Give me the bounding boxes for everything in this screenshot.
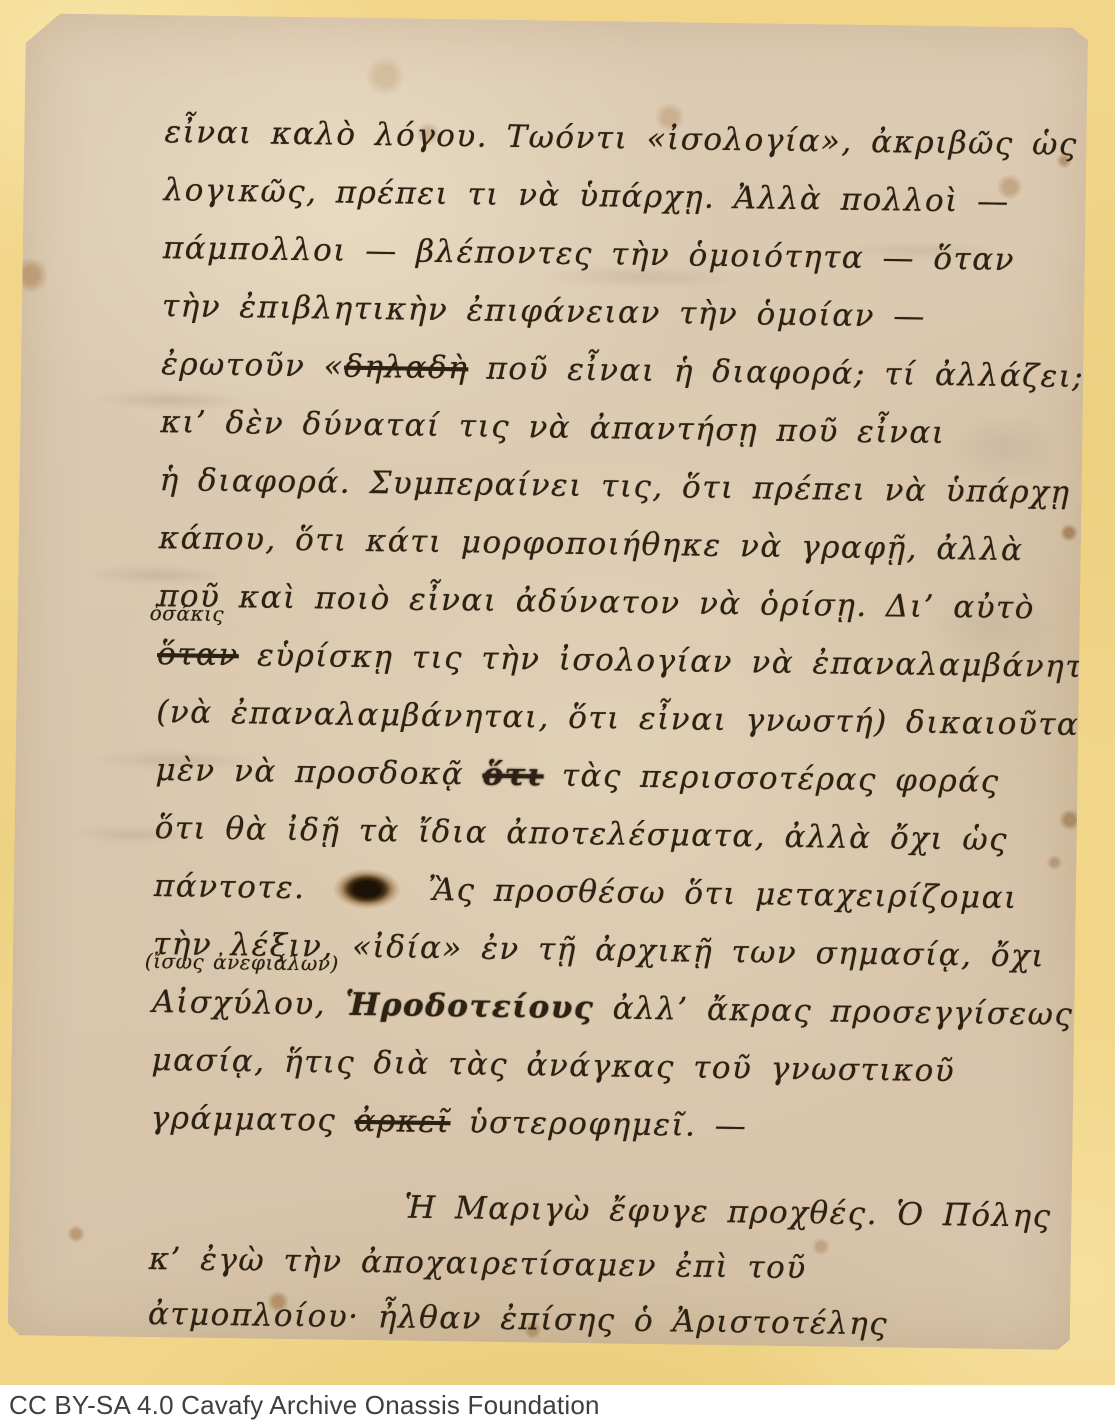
- strikethrough-word: δηλαδὴ: [344, 349, 469, 387]
- handwriting-segment: ποῦ καὶ ποιὸ εἶναι ἀδύνατον νὰ ὁρίσῃ. Δι…: [158, 578, 1035, 626]
- handwriting-segment: τὰς περισσοτέρας φοράς: [543, 757, 1000, 799]
- manuscript-page: εἶναι καλὸ λόγου. Τωόντι «ἰσολογία», ἀκρ…: [8, 13, 1088, 1350]
- handwriting-line: ἀτμοπλοίου· ἦλθαν ἐπίσης ὁ Ἀριστοτέλης: [148, 1287, 1057, 1355]
- paragraph: Ἡ Μαριγὼ ἔφυγε προχθές. Ὁ Πόληςκ’ ἐγὼ τὴ…: [148, 1177, 1058, 1355]
- handwriting-text: εἶναι καλὸ λόγου. Τωόντι «ἰσολογία», ἀκρ…: [148, 103, 1073, 1355]
- handwriting-segment: γράμματος: [150, 1100, 354, 1139]
- handwriting-segment: Ἡροδοτείους: [326, 986, 595, 1026]
- strikethrough-word: ὅτανὁσάκις: [157, 636, 239, 673]
- handwriting-segment: κ’ ἐγὼ τὴν ἀποχαιρετίσαμεν ἐπὶ τοῦ: [148, 1241, 806, 1286]
- handwriting-segment: ὑστεροφημεῖ. —: [450, 1104, 747, 1144]
- license-caption: CC BY-SA 4.0 Cavafy Archive Onassis Foun…: [9, 1390, 600, 1420]
- handwriting-segment: εἶναι καλὸ λόγου. Τωόντι «ἰσολογία», ἀκρ…: [164, 114, 1078, 163]
- handwriting-segment: Ἂς προσθέσω ὅτι μεταχειρίζομαι: [410, 872, 1018, 916]
- handwriting-segment: τὴν ἐπιβλητικὴν ἐπιφάνειαν τὴν ὁμοίαν —: [162, 288, 926, 335]
- handwriting-segment: μασίᾳ, ἥτις διὰ τὰς ἀνάγκας τοῦ γνωστικο…: [151, 1042, 955, 1089]
- strikethrough-word: ὅτι: [482, 757, 544, 794]
- handwriting-segment: πάντοτε.: [154, 868, 324, 906]
- handwriting-segment: κάπου, ὅτι κάτι μορφοποιήθηκε νὰ γραφῇ, …: [159, 520, 1024, 568]
- handwriting-segment: πάμπολλοι — βλέποντες τὴν ὁμοιότητα — ὅτ…: [163, 230, 1016, 278]
- handwriting-segment: ὅτι θὰ ἰδῇ τὰ ἴδια ἀποτελέσματα, ἀλλὰ ὄχ…: [154, 810, 1008, 858]
- handwriting-segment: ἐρωτοῦν «: [161, 346, 344, 385]
- handwriting-segment: Ἡ Μαριγὼ ἔφυγε προχθές. Ὁ Πόλης: [404, 1190, 1052, 1235]
- interlinear-insertion: ὁσάκις: [150, 603, 225, 624]
- handwriting-segment: ἀτμοπλοίου· ἦλθαν ἐπίσης ὁ Ἀριστοτέλης: [148, 1296, 889, 1342]
- caption-bar: CC BY-SA 4.0 Cavafy Archive Onassis Foun…: [0, 1385, 1115, 1424]
- handwriting-segment: κι’ δὲν δύναταί τις νὰ ἀπαντήσῃ ποῦ εἶνα…: [160, 404, 946, 451]
- ink-blot: [330, 867, 405, 912]
- handwriting-segment: Αἰσχύλου,(ἴσως ἀνεφιάλων): [152, 984, 326, 1022]
- strikethrough-word: ἀρκεῖ: [354, 1103, 450, 1140]
- handwriting-segment: ἀλλ’ ἄκρας προσεγγίσεως — ση-: [594, 990, 1115, 1034]
- handwriting-segment: λογικῶς, πρέπει τι νὰ ὑπάρχῃ. Ἀλλὰ πολλο…: [163, 172, 1010, 220]
- handwriting-segment: εὑρίσκῃ τις τὴν ἰσολογίαν νὰ ἐπαναλαμβάν…: [239, 637, 1115, 685]
- handwriting-segment: ποῦ εἶναι ἡ διαφορά; τί ἀλλάζει;»: [468, 350, 1105, 395]
- handwriting-segment: μὲν νὰ προσδοκᾷ: [155, 752, 482, 793]
- paragraph: εἶναι καλὸ λόγου. Τωόντι «ἰσολογία», ἀκρ…: [150, 103, 1072, 1160]
- handwriting-segment: (νὰ ἐπαναλαμβάνηται, ὅτι εἶναι γνωστή) δ…: [156, 694, 1093, 743]
- handwriting-segment: ἡ διαφορά. Συμπεραίνει τις, ὅτι πρέπει ν…: [159, 462, 1070, 511]
- interlinear-insertion: (ἴσως ἀνεφιάλων): [145, 951, 339, 974]
